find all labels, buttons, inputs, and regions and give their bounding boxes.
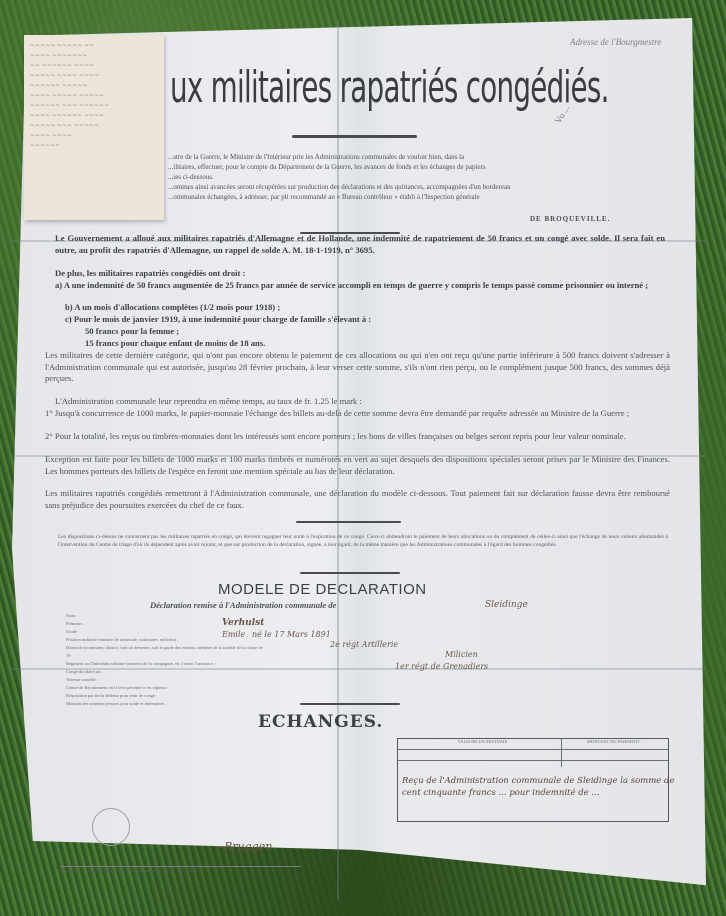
signatory: DE BROQUEVILLE. bbox=[530, 215, 610, 223]
hw-position: Milicien bbox=[445, 650, 478, 659]
divider bbox=[300, 572, 400, 574]
attached-handwritten-note: ~~~~~ ~~~~~ ~~~~~~ ~~~~~~~~~ ~~~~~~ ~~~~… bbox=[24, 35, 164, 220]
para-c: c) Pour le mois de janvier 1919, à une i… bbox=[65, 314, 665, 326]
commune-handwritten: Sleidinge bbox=[485, 600, 528, 610]
signature: ~Bruggen bbox=[215, 840, 272, 853]
echanges-heading: ECHANGES. bbox=[258, 712, 383, 732]
hw-regiment: 2e régt Artillerie bbox=[330, 640, 398, 649]
para-b: b) A un mois d'allocations complètes (1/… bbox=[65, 302, 665, 314]
para-rights: De plus, les militaires rapatriés congéd… bbox=[55, 268, 665, 280]
para-exception: Exception est faite pour les billets de … bbox=[45, 454, 670, 477]
para-totality: 2° Pour la totalité, les reçus ou timbre… bbox=[45, 431, 670, 443]
corner-annotation: Adresse de l'Bourgmestre bbox=[570, 37, 661, 47]
table-row bbox=[398, 750, 668, 761]
table-divider bbox=[561, 739, 562, 767]
printer-line: Bruxelles. — Impr. Goemaere, rue des Par… bbox=[60, 866, 300, 874]
para-wife: 50 francs pour la femme ; bbox=[85, 326, 485, 338]
table-header-row: VALEURS EN MONNAIE MONTANT DU PAIEMENT bbox=[398, 739, 668, 750]
note-handwriting: ~~~~~ ~~~~~ ~~~~~~ ~~~~~~~~~ ~~~~~~ ~~~~… bbox=[30, 41, 158, 151]
hw-name: Verhulst bbox=[222, 618, 264, 628]
title-rule bbox=[292, 135, 417, 138]
handwritten-receipt: Reçu de l'Administration communale de Sl… bbox=[402, 775, 682, 799]
hw-unit: 1er régt de Grenadiers bbox=[395, 662, 488, 671]
para-child: 15 francs pour chaque enfant de moins de… bbox=[85, 338, 485, 350]
official-stamp bbox=[92, 808, 130, 846]
hw-birth: né le 17 Mars 1891 bbox=[252, 630, 331, 639]
intro-text: ...stre de la Guerre, le Ministre de l'I… bbox=[168, 152, 658, 202]
fine-print: Les dispositions ci-dessus ne concernent… bbox=[58, 533, 668, 549]
para-marks: 1° Jusqu'à concurrence de 1000 marks, le… bbox=[45, 408, 670, 420]
model-declaration-heading: MODELE DE DECLARATION bbox=[218, 581, 427, 598]
hw-firstname: Emile bbox=[222, 630, 245, 639]
model-declaration-subheading: Déclaration remise à l'Administration co… bbox=[150, 600, 490, 612]
poster-title: ux militaires rapatriés congédiés. bbox=[170, 62, 609, 113]
divider bbox=[296, 521, 401, 523]
para-declaration: Les militaires rapatriés congédiés remet… bbox=[45, 488, 670, 511]
para-category: Les militaires de cette dernière catégor… bbox=[45, 350, 670, 385]
para-allowance: Le Gouvernement a alloué aux militaires … bbox=[55, 233, 665, 256]
divider bbox=[300, 703, 400, 705]
para-a: a) A une indemnité de 50 francs augmenté… bbox=[55, 280, 665, 292]
para-exchange: L'Administration communale leur reprendr… bbox=[55, 396, 670, 408]
